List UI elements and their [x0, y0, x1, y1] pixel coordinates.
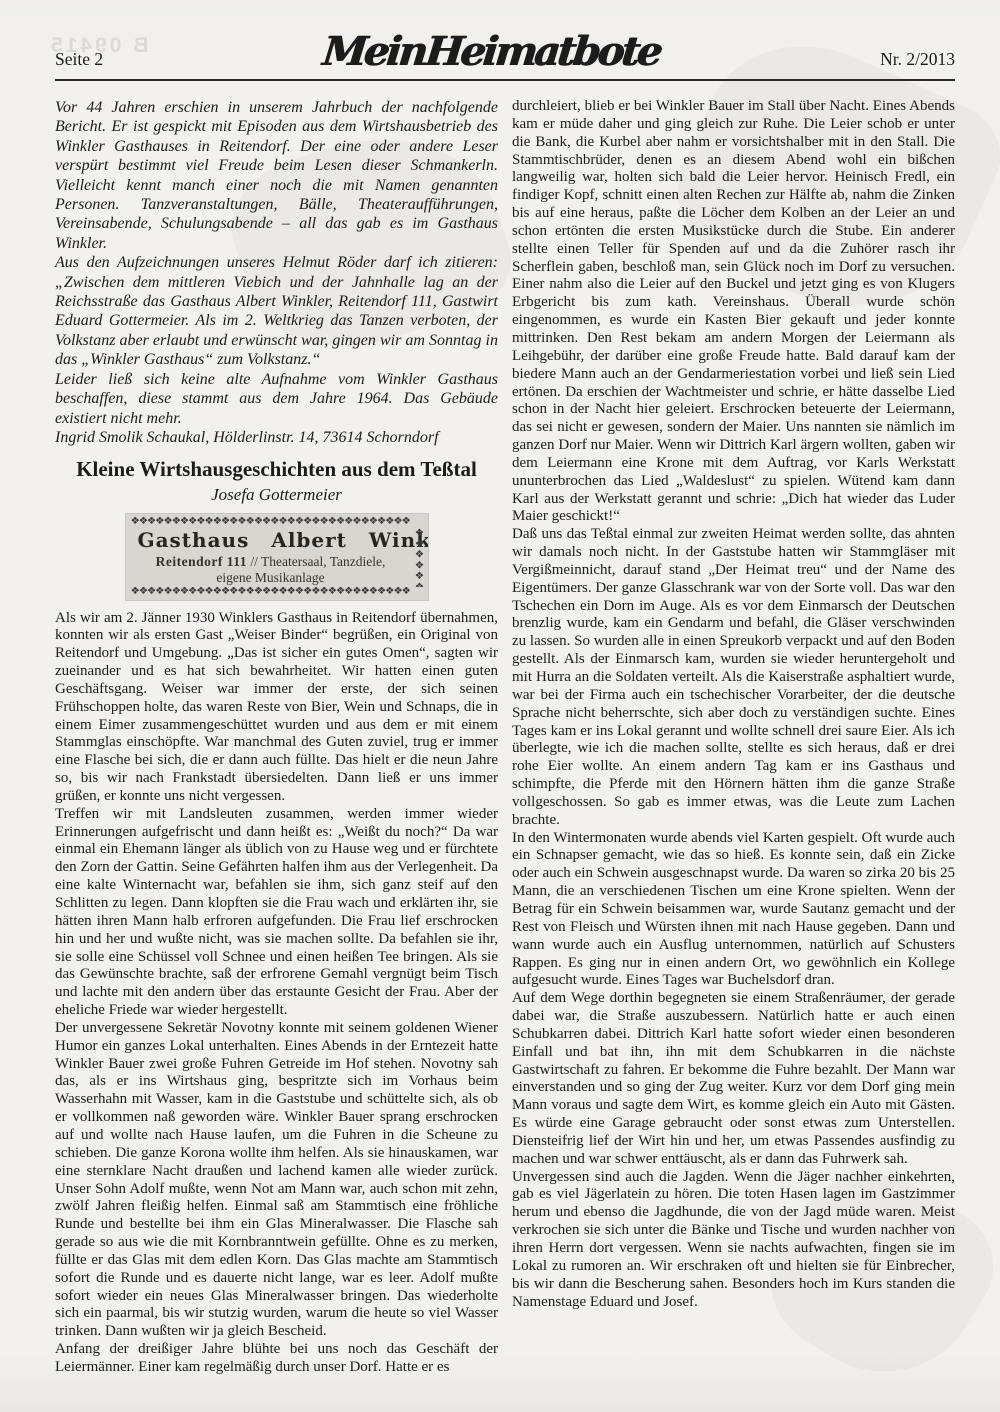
article-text-left: Als wir am 2. Jänner 1930 Winklers Gasth…: [55, 610, 498, 1377]
article-paragraph: Als wir am 2. Jänner 1930 Winklers Gasth…: [55, 610, 498, 806]
right-column: durchleiert, blieb er bei Winkler Bauer …: [512, 98, 955, 1377]
page-number-label: Seite 2: [55, 51, 103, 71]
inn-address: Reitendorf 111: [156, 554, 247, 569]
masthead-title: Mein Heimatbote: [321, 34, 661, 70]
article-byline: Josefa Gottermeier: [55, 485, 498, 505]
left-column: Vor 44 Jahren erschien in unserem Jahrbu…: [55, 98, 498, 1377]
article-paragraph: In den Wintermonaten wurde abends viel K…: [512, 830, 955, 991]
diamond-border-top: ❖❖❖❖❖❖❖❖❖❖❖❖❖❖❖❖❖❖❖❖❖❖❖❖❖❖❖❖❖❖❖❖❖❖: [131, 517, 413, 527]
article-paragraph: Daß uns das Teßtal einmal zur zweiten He…: [512, 526, 955, 829]
article-paragraph: Auf dem Wege dorthin begegneten sie eine…: [512, 990, 955, 1168]
article-title: Kleine Wirtshausgeschichten aus dem Teßt…: [55, 457, 498, 482]
article-paragraph: durchleiert, blieb er bei Winkler Bauer …: [512, 98, 955, 526]
editor-introduction: Vor 44 Jahren erschien in unserem Jahrbu…: [55, 98, 498, 447]
intro-paragraph: Leider ließ sich keine alte Aufnahme vom…: [55, 370, 498, 428]
two-column-body: Vor 44 Jahren erschien in unserem Jahrbu…: [55, 98, 955, 1377]
article-paragraph: Unvergessen sind auch die Jagden. Wenn d…: [512, 1169, 955, 1312]
scanned-newsletter-page: B 09415 Seite 2 Mein Heimatbote Nr. 2/20…: [0, 0, 1000, 1412]
article-paragraph: Der unvergessene Sekretär Novotny konnte…: [55, 1020, 498, 1341]
contributor-signature: Ingrid Smolik Schaukal, Hölderlinstr. 14…: [55, 428, 498, 447]
inn-address-line: Reitendorf 111 // Theatersaal, Tanzdiele…: [138, 554, 404, 571]
diamond-border-bottom: ❖❖❖❖❖❖❖❖❖❖❖❖❖❖❖❖❖❖❖❖❖❖❖❖❖❖❖❖❖❖❖❖❖❖: [131, 587, 413, 597]
page-header: Seite 2 Mein Heimatbote Nr. 2/2013: [55, 34, 955, 81]
diamond-border-right: ❖❖❖❖❖❖❖: [413, 527, 425, 587]
intro-paragraph: Aus den Aufzeichnungen unseres Helmut Rö…: [55, 253, 498, 369]
issue-number-label: Nr. 2/2013: [880, 51, 955, 71]
inn-features: // Theatersaal, Tanzdiele,: [247, 554, 385, 569]
inn-name: Gasthaus Albert Winkler: [138, 529, 404, 551]
article-paragraph: Anfang der dreißiger Jahre blühte bei un…: [55, 1341, 498, 1377]
historic-inn-advertisement: ❖❖❖❖❖❖❖❖❖❖❖❖❖❖❖❖❖❖❖❖❖❖❖❖❖❖❖❖❖❖❖❖❖❖ ❖❖❖❖❖…: [126, 514, 428, 600]
article-paragraph: Treffen wir mit Landsleuten zusammen, we…: [55, 806, 498, 1020]
inn-tagline: eigene Musikanlage: [138, 570, 404, 586]
intro-paragraph: Vor 44 Jahren erschien in unserem Jahrbu…: [55, 98, 498, 253]
